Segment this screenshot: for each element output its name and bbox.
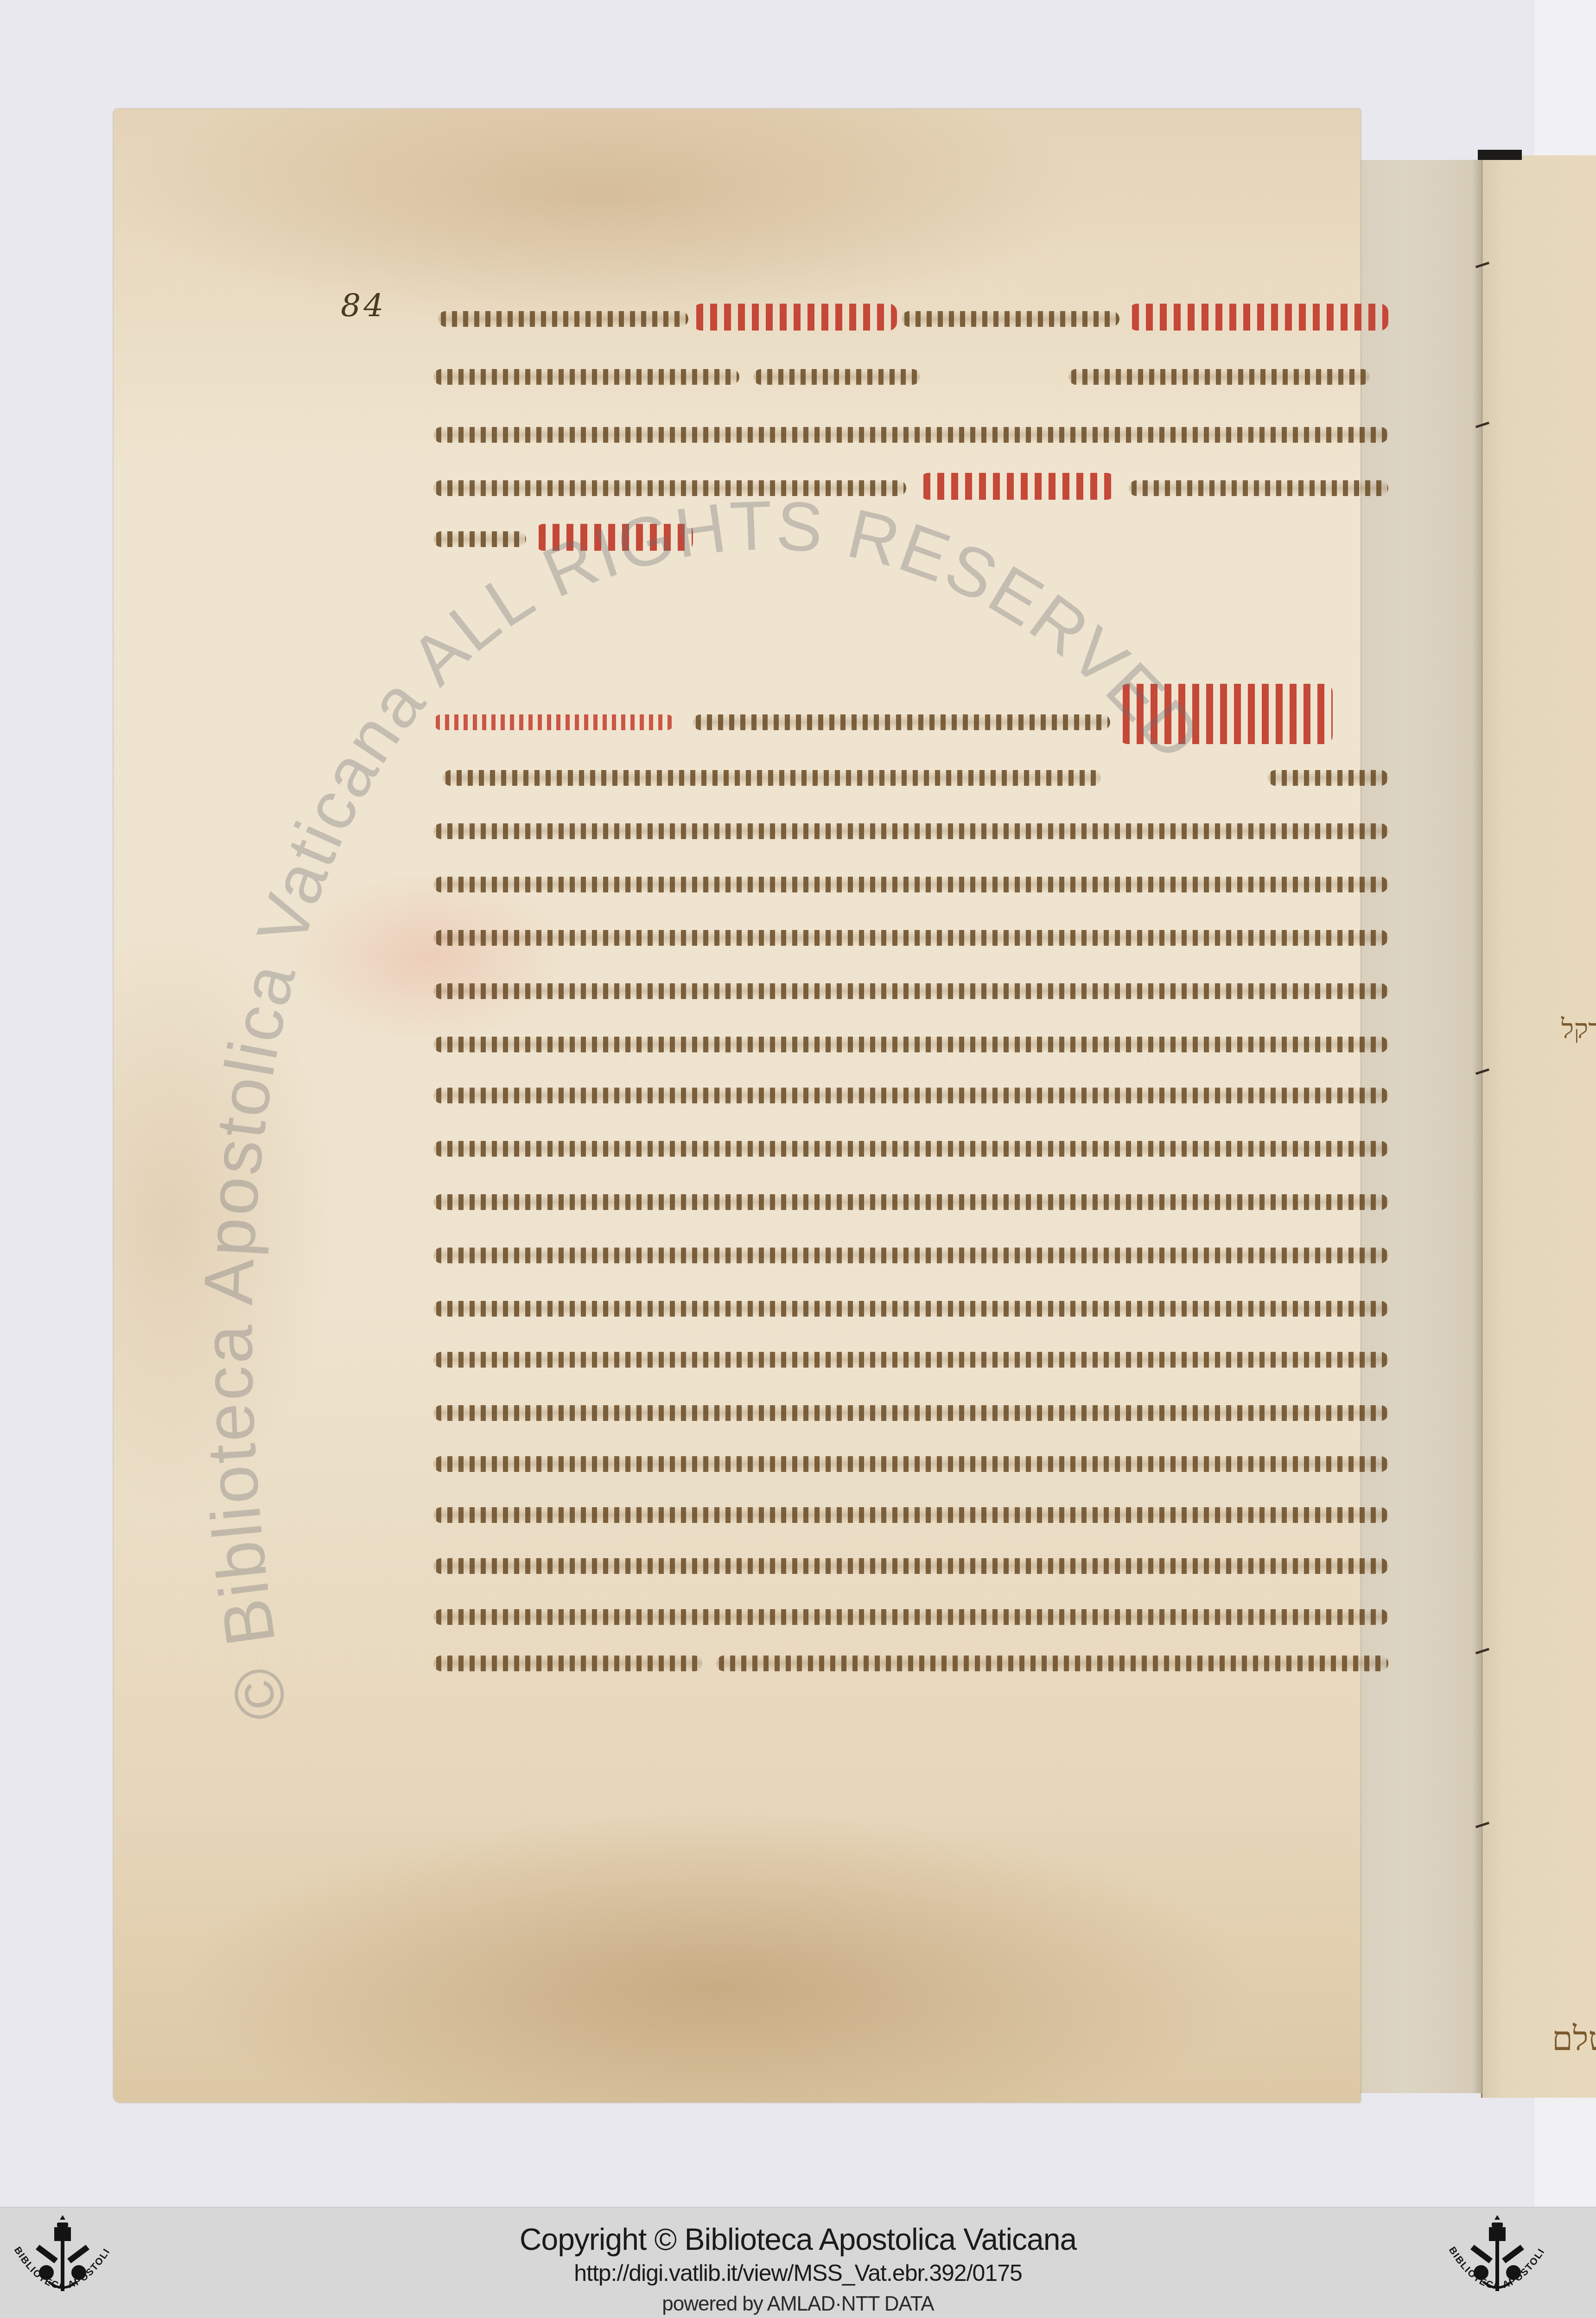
text-line (433, 816, 1388, 845)
text-line (433, 1240, 1388, 1269)
text-line (433, 763, 1388, 791)
binding-stitch (1475, 1648, 1489, 1655)
binding-stitch (1475, 1822, 1489, 1828)
text-line (433, 1602, 1388, 1630)
text-line (433, 1187, 1388, 1216)
text-line (433, 976, 1388, 1005)
text-line (433, 420, 1388, 448)
manuscript-page: 84 (114, 109, 1361, 2102)
binding-edge (1478, 150, 1522, 160)
vatican-library-logo: BIBLIOTECA APOSTOLICA VATICANA (1437, 2212, 1558, 2318)
binding-stitch (1475, 262, 1489, 268)
text-line-last (433, 1648, 1388, 1677)
text-line (433, 1293, 1388, 1322)
binding-stitch (1475, 422, 1489, 428)
binding-stitch (1475, 1069, 1489, 1075)
text-line (433, 1500, 1388, 1528)
manuscript-viewer[interactable]: דקל טלם 84 (0, 0, 1596, 2207)
text-line (433, 362, 1388, 390)
facing-page-catchword: טלם (1552, 2019, 1596, 2058)
text-line (433, 869, 1388, 898)
manuscript-url-link[interactable]: http://digi.vatlib.it/view/MSS_Vat.ebr.3… (0, 2260, 1596, 2286)
text-line (433, 1398, 1388, 1426)
folio-number: 84 (341, 287, 387, 324)
text-line-rubric (433, 304, 1388, 332)
copyright-text: Copyright © Biblioteca Apostolica Vatica… (0, 2222, 1596, 2257)
text-line (433, 1029, 1388, 1058)
text-block (433, 109, 1388, 2102)
text-line (433, 1080, 1388, 1109)
facing-page: דקל טלם (1481, 155, 1596, 2098)
text-line-rubric (433, 524, 1388, 553)
text-line (433, 1134, 1388, 1162)
powered-by-text: powered by AMLAD·NTT DATA (0, 2293, 1596, 2316)
facing-page-marginal-note: דקל (1561, 1013, 1596, 1044)
text-line-rubric (433, 473, 1388, 502)
text-line (433, 923, 1388, 951)
text-line (433, 1551, 1388, 1579)
copyright-footer: BIBLIOTECA APOSTOLICA VATICANA Copyright… (0, 2207, 1596, 2318)
text-line (433, 1344, 1388, 1373)
text-line (433, 1449, 1388, 1477)
section-heading-rubric (433, 707, 1388, 736)
